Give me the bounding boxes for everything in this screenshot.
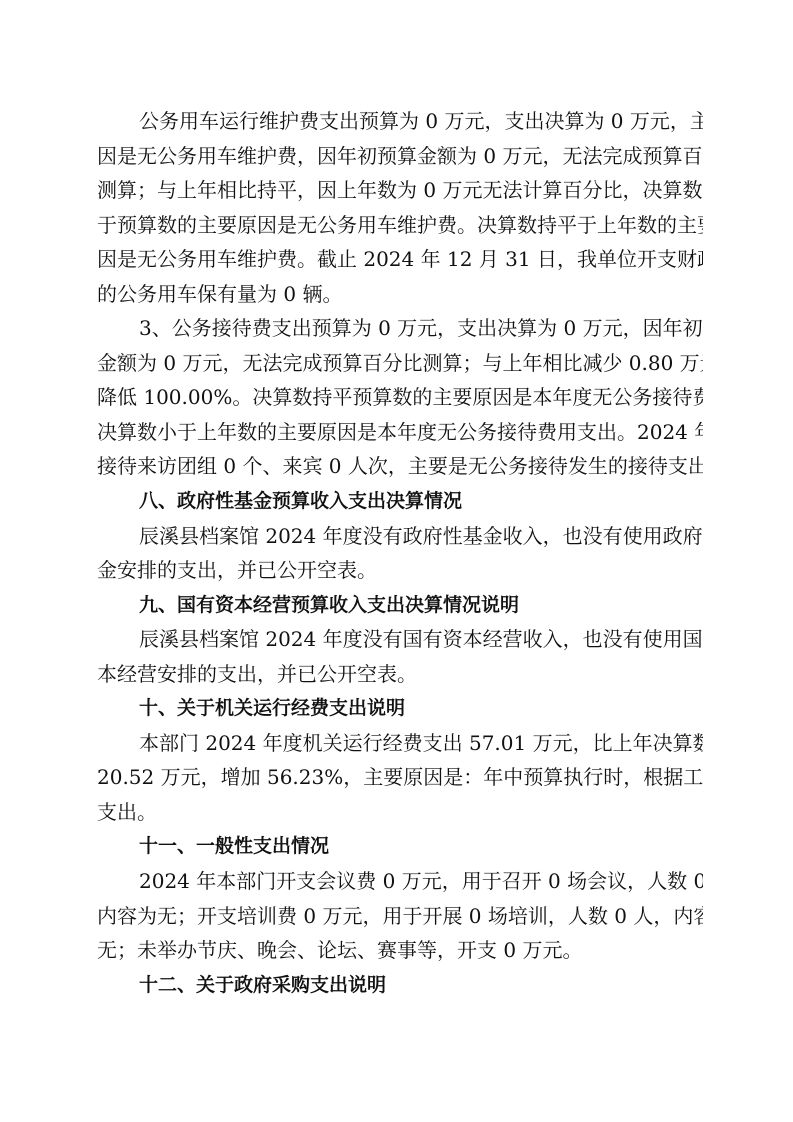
section-heading: 八、政府性基金预算收入支出决算情况 [97, 484, 703, 519]
section-state-capital: 九、国有资本经营预算收入支出决算情况说明 辰溪县档案馆 2024 年度没有国有资… [97, 588, 703, 692]
text-line: 辰溪县档案馆 2024 年度没有政府性基金收入，也没有使用政府性基 [97, 519, 703, 554]
text-line: 公务用车运行维护费支出预算为 0 万元，支出决算为 0 万元，主要原 [97, 104, 703, 139]
text-line: 金安排的支出，并已公开空表。 [97, 553, 703, 588]
text-line: 决算数小于上年数的主要原因是本年度无公务接待费用支出。2024 年共 [97, 415, 703, 450]
text-line: 2024 年本部门开支会议费 0 万元，用于召开 0 场会议，人数 0 人， [97, 864, 703, 899]
paragraph-reception-expense: 3、公务接待费支出预算为 0 万元，支出决算为 0 万元，因年初预算 金额为 0… [97, 311, 703, 484]
text-line: 因是无公务用车维护费。截止 2024 年 12 月 31 日，我单位开支财政拨款 [97, 242, 703, 277]
text-line: 金额为 0 万元，无法完成预算百分比测算；与上年相比减少 0.80 万元， [97, 346, 703, 381]
section-heading: 十二、关于政府采购支出说明 [97, 968, 703, 1003]
section-heading: 九、国有资本经营预算收入支出决算情况说明 [97, 588, 703, 623]
section-operating-expenses: 十、关于机关运行经费支出说明 本部门 2024 年度机关运行经费支出 57.01… [97, 691, 703, 829]
text-line: 测算；与上年相比持平，因上年数为 0 万元无法计算百分比，决算数持平 [97, 173, 703, 208]
text-line: 无；未举办节庆、晚会、论坛、赛事等，开支 0 万元。 [97, 933, 703, 968]
text-line: 支出。 [97, 795, 703, 830]
section-heading: 十、关于机关运行经费支出说明 [97, 691, 703, 726]
text-line: 内容为无；开支培训费 0 万元，用于开展 0 场培训，人数 0 人，内容为 [97, 899, 703, 934]
document-page: 公务用车运行维护费支出预算为 0 万元，支出决算为 0 万元，主要原 因是无公务… [97, 104, 703, 1002]
text-line: 于预算数的主要原因是无公务用车维护费。决算数持平于上年数的主要原 [97, 208, 703, 243]
text-line: 3、公务接待费支出预算为 0 万元，支出决算为 0 万元，因年初预算 [97, 311, 703, 346]
text-line: 辰溪县档案馆 2024 年度没有国有资本经营收入，也没有使用国有资 [97, 622, 703, 657]
section-general-expenses: 十一、一般性支出情况 2024 年本部门开支会议费 0 万元，用于召开 0 场会… [97, 829, 703, 967]
section-government-procurement: 十二、关于政府采购支出说明 [97, 968, 703, 1003]
text-line: 本部门 2024 年度机关运行经费支出 57.01 万元，比上年决算数增加 [97, 726, 703, 761]
section-heading: 十一、一般性支出情况 [97, 829, 703, 864]
text-line: 的公务用车保有量为 0 辆。 [97, 277, 703, 312]
text-line: 降低 100.00%。决算数持平预算数的主要原因是本年度无公务接待费用。 [97, 380, 703, 415]
section-government-fund: 八、政府性基金预算收入支出决算情况 辰溪县档案馆 2024 年度没有政府性基金收… [97, 484, 703, 588]
text-line: 接待来访团组 0 个、来宾 0 人次，主要是无公务接待发生的接待支出。 [97, 449, 703, 484]
paragraph-vehicle-maintenance: 公务用车运行维护费支出预算为 0 万元，支出决算为 0 万元，主要原 因是无公务… [97, 104, 703, 311]
text-line: 本经营安排的支出，并已公开空表。 [97, 657, 703, 692]
text-line: 因是无公务用车维护费，因年初预算金额为 0 万元，无法完成预算百分比 [97, 139, 703, 174]
text-line: 20.52 万元，增加 56.23%，主要原因是：年中预算执行时，根据工作实际 [97, 760, 703, 795]
